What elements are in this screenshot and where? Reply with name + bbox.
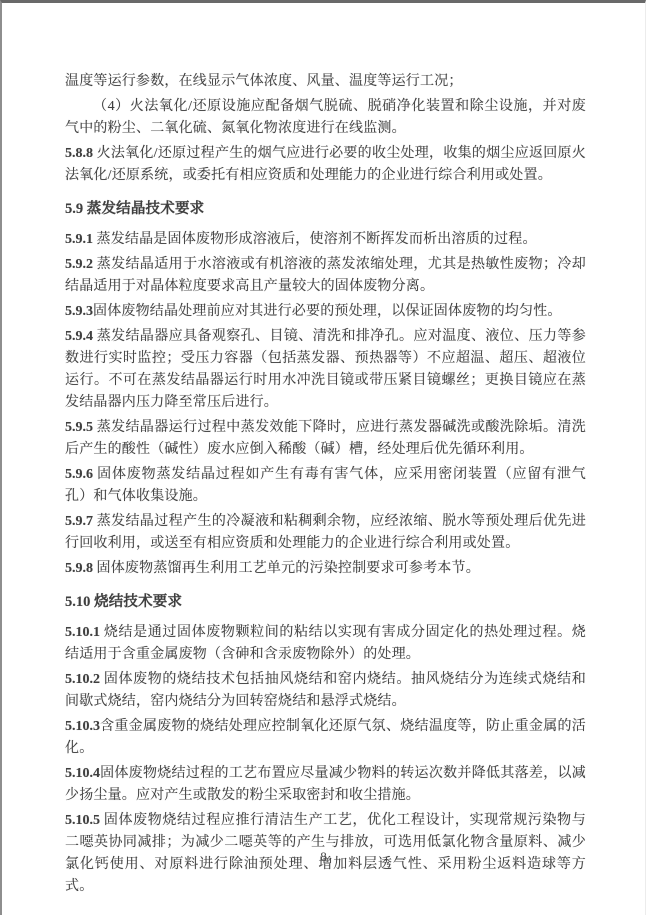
paragraph: 5.10.4固体废物烧结过程的工艺布置应尽量减少物料的转运次数并降低其落差，以减… [65,763,586,807]
document-page: 温度等运行参数，在线显示气体浓度、风量、温度等运行工况；（4）火法氧化/还原设施… [0,0,646,915]
paragraph: 5.9.4 蒸发结晶器应具备观察孔、目镜、清洗和排净孔。应对温度、液位、压力等参… [65,326,586,414]
clause-number: 5.10.1 [65,625,104,640]
clause-number: 5.9.5 [65,420,97,435]
paragraph: 5.10.3含重金属废物的烧结处理应控制氧化还原气氛、烧结温度等，防止重金属的活… [65,716,586,760]
paragraph: 5.10.2 固体废物的烧结技术包括抽风烧结和窑内烧结。抽风烧结分为连续式烧结和… [65,669,586,713]
section-heading: 5.10 烧结技术要求 [65,591,586,613]
paragraph: 5.9.3固体废物结晶处理前应对其进行必要的预处理，以保证固体废物的均匀性。 [65,301,586,323]
clause-number: 5.9.1 [65,232,97,247]
paragraph: 温度等运行参数，在线显示气体浓度、风量、温度等运行工况； [65,71,586,93]
clause-number: 5.9.8 [65,561,97,576]
clause-number: 5.8.8 [65,146,97,161]
paragraph: 5.9.2 蒸发结晶适用于水溶液或有机溶液的蒸发浓缩处理，尤其是热敏性废物；冷却… [65,254,586,298]
clause-number: 5.9.4 [65,329,97,344]
page-footer: 8 [2,849,645,865]
paragraph: 5.10.1 烧结是通过固体废物颗粒间的粘结以实现有害成分固定化的热处理过程。烧… [65,622,586,666]
clause-number: 5.10.5 [65,813,104,828]
clause-number: 5.9.2 [65,257,97,272]
paragraph: 5.9.1 蒸发结晶是固体废物形成溶液后，使溶剂不断挥发而析出溶质的过程。 [65,229,586,251]
paragraph: （4）火法氧化/还原设施应配备烟气脱硫、脱硝净化装置和除尘设施，并对废气中的粉尘… [65,96,586,140]
paragraph: 5.8.8 火法氧化/还原过程产生的烟气应进行必要的收尘处理，收集的烟尘应返回原… [65,143,586,187]
clause-number: 5.9.6 [65,467,97,482]
paragraph: 5.9.5 蒸发结晶器运行过程中蒸发效能下降时，应进行蒸发器碱洗或酸洗除垢。清洗… [65,417,586,461]
clause-number: 5.9 [65,201,87,217]
clause-number: 5.10.4 [65,766,100,781]
clause-number: 5.10 [65,594,94,610]
clause-number: 5.9.7 [65,514,97,529]
paragraph: 5.9.7 蒸发结晶过程产生的冷凝液和粘稠剩余物，应经浓缩、脱水等预处理后优先进… [65,511,586,555]
paragraph: 5.9.6 固体废物蒸发结晶过程如产生有毒有害气体，应采用密闭装置（应留有泄气孔… [65,464,586,508]
clause-number: 5.10.2 [65,672,104,687]
paragraph: 5.9.8 固体废物蒸馏再生利用工艺单元的污染控制要求可参考本节。 [65,558,586,580]
clause-number: 5.9.3 [65,304,93,319]
document-content: 温度等运行参数，在线显示气体浓度、风量、温度等运行工况；（4）火法氧化/还原设施… [65,71,586,901]
clause-number: 5.10.3 [65,719,100,734]
page-number: 8 [320,849,327,864]
section-heading: 5.9 蒸发结晶技术要求 [65,198,586,220]
